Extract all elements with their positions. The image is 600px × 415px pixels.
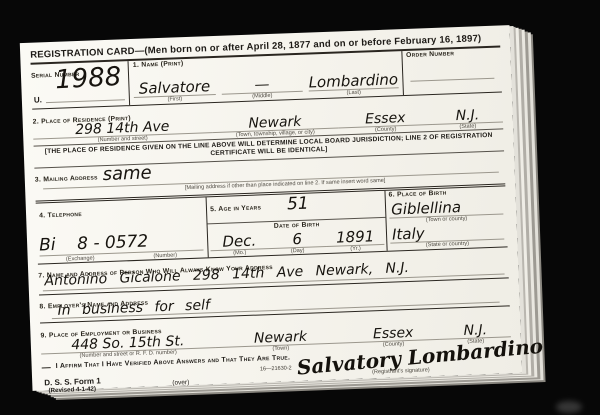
telephone-label: 4. Telephone bbox=[39, 211, 82, 220]
age-label: 5. Age in Years bbox=[210, 204, 261, 213]
form-revision: (Revised 4-1-42) bbox=[48, 386, 96, 395]
last-name-field: Lombardino (Last) bbox=[308, 72, 398, 97]
middle-name-field: — (Middle) bbox=[221, 76, 303, 101]
serial-number-box: Serial Number U. 1988 bbox=[31, 61, 131, 109]
residence-county-field: Essex (County) bbox=[338, 110, 433, 134]
serial-underline bbox=[46, 99, 125, 103]
print-code: 16—21630-2 bbox=[260, 365, 292, 372]
dob-month-field: Dec. (Mo.) bbox=[210, 233, 269, 257]
birth-country-field: Italy (State or country) bbox=[390, 220, 505, 250]
place-of-birth-box: 6. Place of Birth Giblellina (Town or co… bbox=[385, 186, 507, 250]
serial-number-value: 1988 bbox=[54, 62, 122, 96]
order-number-blank bbox=[410, 68, 495, 82]
residence-state-field: N.J. (State) bbox=[432, 107, 503, 131]
telephone-box: 4. Telephone Bi 8 - 0572 (Exchange) (Num… bbox=[36, 197, 209, 263]
serial-prefix: U. bbox=[34, 95, 42, 104]
first-name-field: Salvatore (First) bbox=[133, 79, 215, 104]
mailing-address-label: 3. Mailing Address bbox=[35, 174, 98, 183]
registration-card: REGISTRATION CARD—(Men born on or after … bbox=[20, 25, 522, 391]
scan-background: REGISTRATION CARD—(Men born on or after … bbox=[0, 0, 600, 415]
mailing-address-value: same bbox=[102, 162, 152, 185]
scan-smudge bbox=[556, 401, 582, 413]
date-of-birth-field: Date of Birth Dec. (Mo.) 6 (Day) 1891 (Y bbox=[208, 218, 387, 257]
age-value: 51 bbox=[287, 194, 309, 215]
order-number-label: Order Number bbox=[406, 49, 497, 59]
order-number-box: Order Number bbox=[402, 47, 502, 95]
dob-day-field: 6 (Day) bbox=[268, 231, 327, 255]
over-note: (over) bbox=[172, 379, 189, 387]
signature-sublabel: (Registrant's signature) bbox=[372, 367, 430, 375]
dob-year-field: 1891 (Yr.) bbox=[326, 229, 385, 253]
age-dob-box: 5. Age in Years 51 Date of Birth Dec. (M… bbox=[207, 191, 388, 258]
